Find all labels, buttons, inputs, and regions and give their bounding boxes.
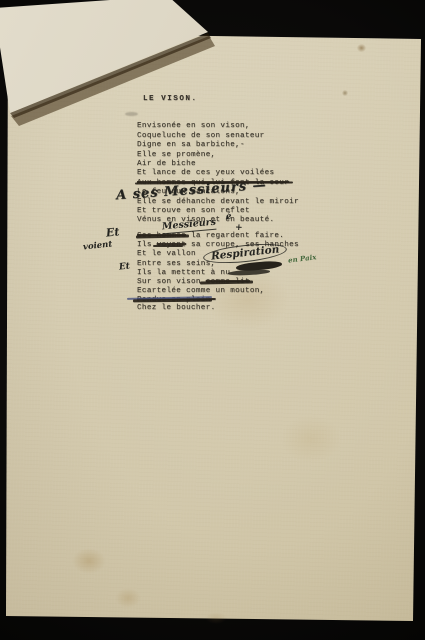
handwritten-margin-et: Et [105,225,120,239]
handwritten-margin-et: Et [119,261,131,272]
line-text: Chez le boucher. [137,304,216,312]
handwritten-plus-mark: + [235,223,243,234]
line-text: Elle se promène, [137,151,216,159]
line-text: Entre ses seins, [137,260,216,268]
line-text: Coqueluche de son senateur [137,132,265,140]
line-text: Ecartelée comme un mouton, [137,287,265,295]
poem-line: Chez le boucher. [137,304,216,313]
stain [280,415,342,463]
poem-line: Ils la mettent à nu [137,269,230,278]
line-text: Sur son vison [137,278,206,286]
line-text: Air de biche [137,160,196,168]
photograph-of-typescript: LE VISON. Envisonée en son vison, Coquel… [0,0,425,640]
poem-line: Et lance de ces yeux voilées [137,169,274,178]
stain [357,44,366,52]
line-text: la regardent faire. [186,232,284,240]
line-text: Digne en sa barbiche,- [137,141,245,149]
poem-line: Digne en sa barbiche,- [137,141,245,150]
handwritten-beaute-correction: é [225,212,232,223]
line-text: Et le vallon [137,250,196,258]
line-text: Et lance de ces yeux voilées [137,169,274,177]
line-text: Envisonée en son vison, [137,122,250,130]
poem-line: Ecartelée comme un mouton, [137,287,265,296]
poem-title: LE VISON. [143,95,198,104]
poem-line: Envisonée en son vison, [137,122,250,131]
line-text: Ils la mettent à nu [137,269,230,277]
poem-line: Coqueluche de son senateur [137,132,265,141]
poem-line: Air de biche [137,160,196,169]
poem-line: Entre ses seins, [137,260,216,269]
stain [342,90,348,96]
stain [72,548,106,574]
stain [115,588,141,608]
ink-strike-bar [153,245,183,247]
poem-line: Elle se promène, [137,151,216,160]
line-text: Et trouve en son reflet [137,207,250,215]
stain [205,612,227,624]
poem-line: Et trouve en son reflet [137,207,250,216]
pencil-smudge [125,112,138,116]
poem-line: Et le vallon [137,250,196,259]
